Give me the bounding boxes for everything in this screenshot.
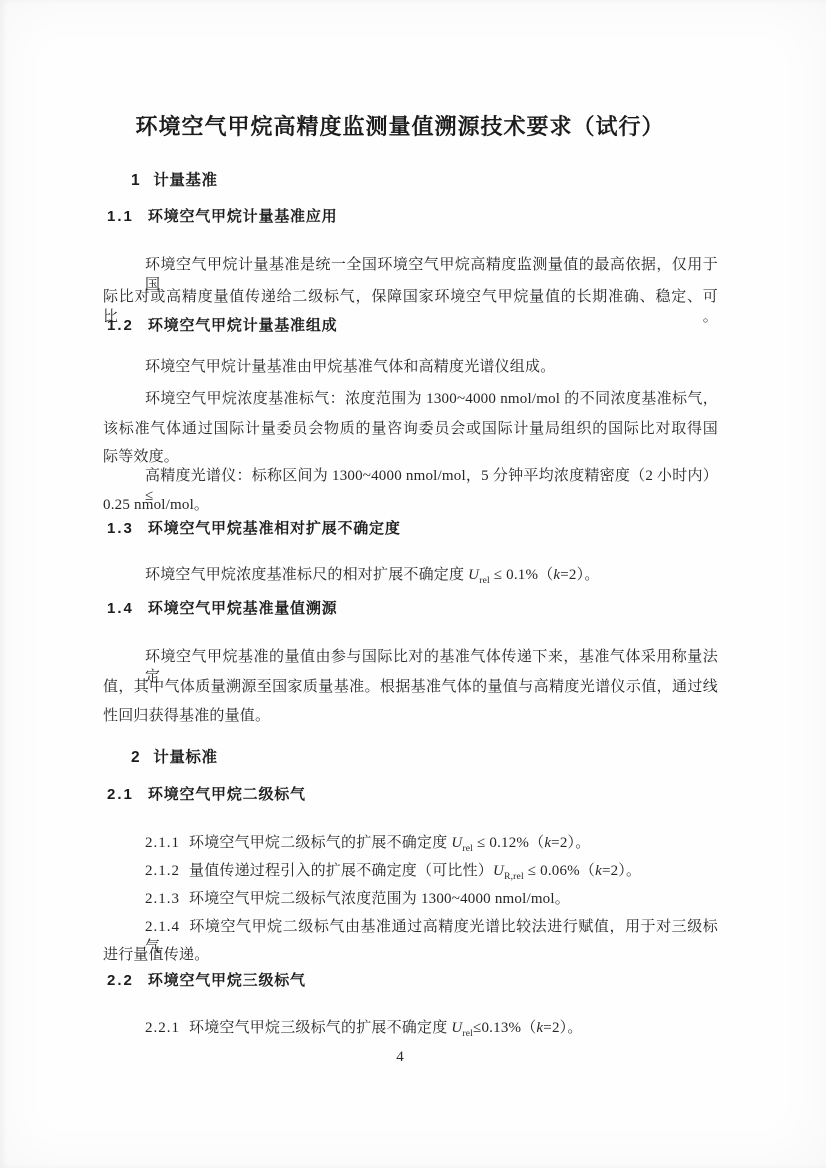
- clause-text: =2）。: [551, 835, 590, 851]
- section-1-2-number: 1.2: [107, 317, 134, 334]
- paragraph-1-2-line: 该标准气体通过国际计量委员会物质的量咨询委员会或国际计量局组织的国际比对取得国: [103, 419, 718, 439]
- section-1-3-heading: 1.3环境空气甲烷基准相对扩展不确定度: [107, 517, 401, 538]
- chapter-1-heading: 1计量基准: [131, 168, 218, 190]
- clause-2-1-1: 2.1.1环境空气甲烷二级标气的扩展不确定度 Urel ≤ 0.12%（k=2）…: [145, 833, 590, 853]
- chapter-2-heading: 2计量标准: [131, 745, 218, 767]
- document-title: 环境空气甲烷高精度监测量值溯源技术要求（试行）: [0, 110, 800, 141]
- clause-2-1-2: 2.1.2量值传递过程引入的扩展不确定度（可比性）UR,rel ≤ 0.06%（…: [145, 861, 641, 881]
- paragraph-1-2-line: 环境空气甲烷浓度基准标气：浓度范围为 1300~4000 nmol/mol 的不…: [145, 389, 718, 409]
- paragraph-1-4-line: 值，其中气体质量溯源至国家质量基准。根据基准气体的量值与高精度光谱仪示值，通过线: [103, 677, 718, 697]
- scanned-document-page: 环境空气甲烷高精度监测量值溯源技术要求（试行） 1计量基准 1.1环境空气甲烷计…: [0, 0, 826, 1168]
- section-2-2-heading: 2.2环境空气甲烷三级标气: [107, 969, 306, 990]
- section-2-2-number: 2.2: [107, 972, 134, 989]
- section-1-1-number: 1.1: [107, 208, 134, 225]
- section-1-1-heading: 1.1环境空气甲烷计量基准应用: [107, 205, 337, 226]
- section-1-3-title: 环境空气甲烷基准相对扩展不确定度: [148, 520, 401, 537]
- chapter-2-number: 2: [131, 749, 140, 767]
- section-2-1-heading: 2.1环境空气甲烷二级标气: [107, 783, 306, 804]
- paragraph-1-2-line: 0.25 nmol/mol。: [103, 495, 718, 515]
- clause-number: 2.1.4: [145, 919, 180, 935]
- section-2-2-title: 环境空气甲烷三级标气: [148, 972, 306, 989]
- uncertainty-symbol: U: [451, 835, 462, 851]
- clause-text: 环境空气甲烷浓度基准标尺的相对扩展不确定度: [145, 567, 468, 583]
- uncertainty-subscript: rel: [479, 576, 490, 586]
- clause-text: ≤ 0.06%（: [524, 863, 595, 879]
- uncertainty-symbol: U: [468, 567, 479, 583]
- clause-number: 2.1.1: [145, 835, 180, 851]
- section-1-3-number: 1.3: [107, 520, 134, 537]
- clause-text: =2）。: [543, 1020, 582, 1036]
- clause-number: 2.1.3: [145, 891, 180, 907]
- clause-text: ≤0.13%（: [473, 1020, 536, 1036]
- chapter-1-title: 计量基准: [153, 172, 217, 189]
- clause-2-2-1: 2.2.1环境空气甲烷三级标气的扩展不确定度 Urel≤0.13%（k=2）。: [145, 1018, 583, 1038]
- clause-text: =2）。: [560, 567, 599, 583]
- section-1-2-title: 环境空气甲烷计量基准组成: [148, 317, 338, 334]
- paragraph-1-3-line: 环境空气甲烷浓度基准标尺的相对扩展不确定度 Urel ≤ 0.1%（k=2）。: [145, 565, 600, 585]
- section-2-1-number: 2.1: [107, 786, 134, 803]
- clause-text: 环境空气甲烷三级标气的扩展不确定度: [189, 1020, 451, 1036]
- clause-number: 2.2.1: [145, 1020, 180, 1036]
- uncertainty-symbol: U: [493, 863, 504, 879]
- clause-text: ≤ 0.1%（: [490, 567, 554, 583]
- chapter-1-number: 1: [131, 172, 140, 190]
- section-1-4-number: 1.4: [107, 600, 134, 617]
- section-1-4-heading: 1.4环境空气甲烷基准量值溯源: [107, 597, 337, 618]
- section-2-1-title: 环境空气甲烷二级标气: [148, 786, 306, 803]
- uncertainty-symbol: U: [451, 1020, 462, 1036]
- clause-text: 量值传递过程引入的扩展不确定度（可比性）: [189, 863, 493, 879]
- uncertainty-subscript: rel: [462, 844, 473, 854]
- clause-2-1-4-continuation: 进行量值传递。: [103, 945, 718, 965]
- uncertainty-subscript: R,rel: [504, 872, 524, 882]
- clause-text: 环境空气甲烷二级标气的扩展不确定度: [189, 835, 451, 851]
- page-number: 4: [0, 1049, 800, 1066]
- clause-number: 2.1.2: [145, 863, 180, 879]
- uncertainty-subscript: rel: [462, 1029, 473, 1039]
- paragraph-1-4-line: 性回归获得基准的量值。: [103, 706, 718, 726]
- clause-text: =2）。: [602, 863, 641, 879]
- section-1-4-title: 环境空气甲烷基准量值溯源: [148, 600, 338, 617]
- clause-text: 环境空气甲烷二级标气浓度范围为 1300~4000 nmol/mol。: [189, 891, 570, 907]
- paragraph-1-2-line: 环境空气甲烷计量基准由甲烷基准气体和高精度光谱仪组成。: [145, 357, 718, 377]
- clause-text: ≤ 0.12%（: [473, 835, 544, 851]
- clause-2-1-3: 2.1.3环境空气甲烷二级标气浓度范围为 1300~4000 nmol/mol。: [145, 889, 570, 909]
- coverage-factor-symbol: k: [595, 863, 602, 879]
- paragraph-1-2-line: 际等效度。: [103, 447, 718, 467]
- section-1-2-heading: 1.2环境空气甲烷计量基准组成: [107, 314, 337, 335]
- chapter-2-title: 计量标准: [153, 749, 217, 766]
- section-1-1-title: 环境空气甲烷计量基准应用: [148, 208, 338, 225]
